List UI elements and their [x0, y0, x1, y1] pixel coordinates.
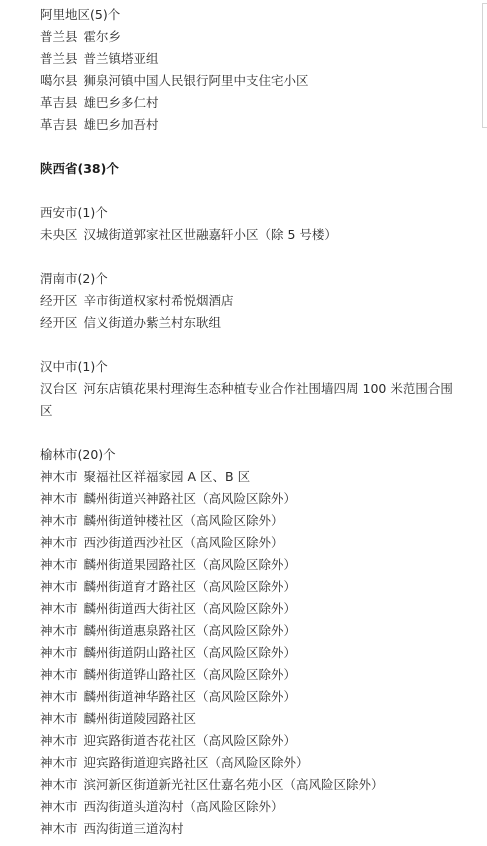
district: 神木市	[40, 733, 78, 748]
district: 神木市	[40, 513, 78, 528]
list-item: 未央区汉城街道郭家社区世融嘉轩小区（除 5 号楼）	[40, 224, 464, 246]
place: 麟州街道陵园路社区	[84, 711, 197, 726]
place: 麟州街道钟楼社区（高风险区除外）	[84, 513, 284, 528]
place: 普兰镇塔亚组	[84, 51, 159, 66]
district: 汉台区	[40, 381, 78, 396]
place: 滨河新区街道新光社区仕嘉名苑小区（高风险区除外）	[84, 777, 384, 792]
list-item: 神木市迎宾路街道迎宾路社区（高风险区除外）	[40, 752, 464, 774]
district: 神木市	[40, 777, 78, 792]
list-item: 普兰县霍尔乡	[40, 26, 464, 48]
list-item: 革吉县雄巴乡加吾村	[40, 114, 464, 136]
list-item: 经开区辛市街道权家村希悦烟酒店	[40, 290, 464, 312]
place: 迎宾路街道杏花社区（高风险区除外）	[84, 733, 297, 748]
province-header: 陕西省(38)个	[40, 158, 464, 180]
city-header-hanzhong: 汉中市(1)个	[40, 356, 464, 378]
place: 麟州街道惠泉路社区（高风险区除外）	[84, 623, 297, 638]
list-item: 神木市麟州街道阴山路社区（高风险区除外）	[40, 642, 464, 664]
place: 信义街道办紫兰村东耿组	[84, 315, 222, 330]
list-item: 神木市麟州街道西大街社区（高风险区除外）	[40, 598, 464, 620]
city-header-xian: 西安市(1)个	[40, 202, 464, 224]
list-item: 噶尔县狮泉河镇中国人民银行阿里中支住宅小区	[40, 70, 464, 92]
place: 狮泉河镇中国人民银行阿里中支住宅小区	[84, 73, 309, 88]
list-item: 神木市麟州街道兴神路社区（高风险区除外）	[40, 488, 464, 510]
district: 神木市	[40, 579, 78, 594]
place: 西沟街道头道沟村（高风险区除外）	[84, 799, 284, 814]
spacer	[40, 246, 464, 268]
district: 神木市	[40, 799, 78, 814]
place: 汉城街道郭家社区世融嘉轩小区（除 5 号楼）	[84, 227, 337, 242]
place: 雄巴乡加吾村	[84, 117, 159, 132]
section-header-ali: 阿里地区(5)个	[40, 4, 464, 26]
side-panel-edge	[482, 3, 487, 128]
list-item: 汉台区河东店镇花果村理海生态种植专业合作社围墙四周 100 米范围合围区	[40, 378, 464, 422]
spacer	[40, 334, 464, 356]
list-item: 神木市麟州街道神华路社区（高风险区除外）	[40, 686, 464, 708]
district: 未央区	[40, 227, 78, 242]
place: 河东店镇花果村理海生态种植专业合作社围墙四周 100 米范围合围区	[40, 381, 453, 418]
place: 霍尔乡	[84, 29, 122, 44]
list-item: 神木市麟州街道惠泉路社区（高风险区除外）	[40, 620, 464, 642]
list-item: 神木市聚福社区祥福家园 A 区、B 区	[40, 466, 464, 488]
district: 噶尔县	[40, 73, 78, 88]
place: 麟州街道铧山路社区（高风险区除外）	[84, 667, 297, 682]
district: 经开区	[40, 315, 78, 330]
place: 迎宾路街道迎宾路社区（高风险区除外）	[84, 755, 309, 770]
list-item: 普兰县普兰镇塔亚组	[40, 48, 464, 70]
place: 麟州街道神华路社区（高风险区除外）	[84, 689, 297, 704]
district: 神木市	[40, 667, 78, 682]
place: 麟州街道西大街社区（高风险区除外）	[84, 601, 297, 616]
district: 普兰县	[40, 51, 78, 66]
district: 神木市	[40, 821, 78, 836]
list-item: 革吉县雄巴乡多仁村	[40, 92, 464, 114]
district: 神木市	[40, 623, 78, 638]
list-item: 神木市麟州街道育才路社区（高风险区除外）	[40, 576, 464, 598]
place: 西沙街道西沙社区（高风险区除外）	[84, 535, 284, 550]
place: 辛市街道权家村希悦烟酒店	[84, 293, 234, 308]
district: 神木市	[40, 755, 78, 770]
district: 神木市	[40, 601, 78, 616]
district: 经开区	[40, 293, 78, 308]
city-header-weinan: 渭南市(2)个	[40, 268, 464, 290]
list-item: 神木市西沙街道西沙社区（高风险区除外）	[40, 532, 464, 554]
spacer	[40, 180, 464, 202]
city-header-yulin: 榆林市(20)个	[40, 444, 464, 466]
place: 雄巴乡多仁村	[84, 95, 159, 110]
district: 普兰县	[40, 29, 78, 44]
list-item: 神木市西沟街道头道沟村（高风险区除外）	[40, 796, 464, 818]
place: 麟州街道兴神路社区（高风险区除外）	[84, 491, 297, 506]
list-item: 神木市麟州街道陵园路社区	[40, 708, 464, 730]
list-item: 神木市麟州街道果园路社区（高风险区除外）	[40, 554, 464, 576]
list-item: 经开区信义街道办紫兰村东耿组	[40, 312, 464, 334]
district: 神木市	[40, 469, 78, 484]
document-body: 阿里地区(5)个 普兰县霍尔乡 普兰县普兰镇塔亚组 噶尔县狮泉河镇中国人民银行阿…	[40, 4, 464, 840]
list-item: 神木市滨河新区街道新光社区仕嘉名苑小区（高风险区除外）	[40, 774, 464, 796]
place: 聚福社区祥福家园 A 区、B 区	[84, 469, 251, 484]
list-item: 神木市麟州街道铧山路社区（高风险区除外）	[40, 664, 464, 686]
place: 麟州街道果园路社区（高风险区除外）	[84, 557, 297, 572]
place: 麟州街道阴山路社区（高风险区除外）	[84, 645, 297, 660]
district: 革吉县	[40, 117, 78, 132]
district: 神木市	[40, 689, 78, 704]
district: 革吉县	[40, 95, 78, 110]
spacer	[40, 422, 464, 444]
list-item: 神木市麟州街道钟楼社区（高风险区除外）	[40, 510, 464, 532]
district: 神木市	[40, 645, 78, 660]
district: 神木市	[40, 711, 78, 726]
spacer	[40, 136, 464, 158]
list-item: 神木市西沟街道三道沟村	[40, 818, 464, 840]
district: 神木市	[40, 535, 78, 550]
place: 西沟街道三道沟村	[84, 821, 184, 836]
district: 神木市	[40, 491, 78, 506]
district: 神木市	[40, 557, 78, 572]
place: 麟州街道育才路社区（高风险区除外）	[84, 579, 297, 594]
list-item: 神木市迎宾路街道杏花社区（高风险区除外）	[40, 730, 464, 752]
